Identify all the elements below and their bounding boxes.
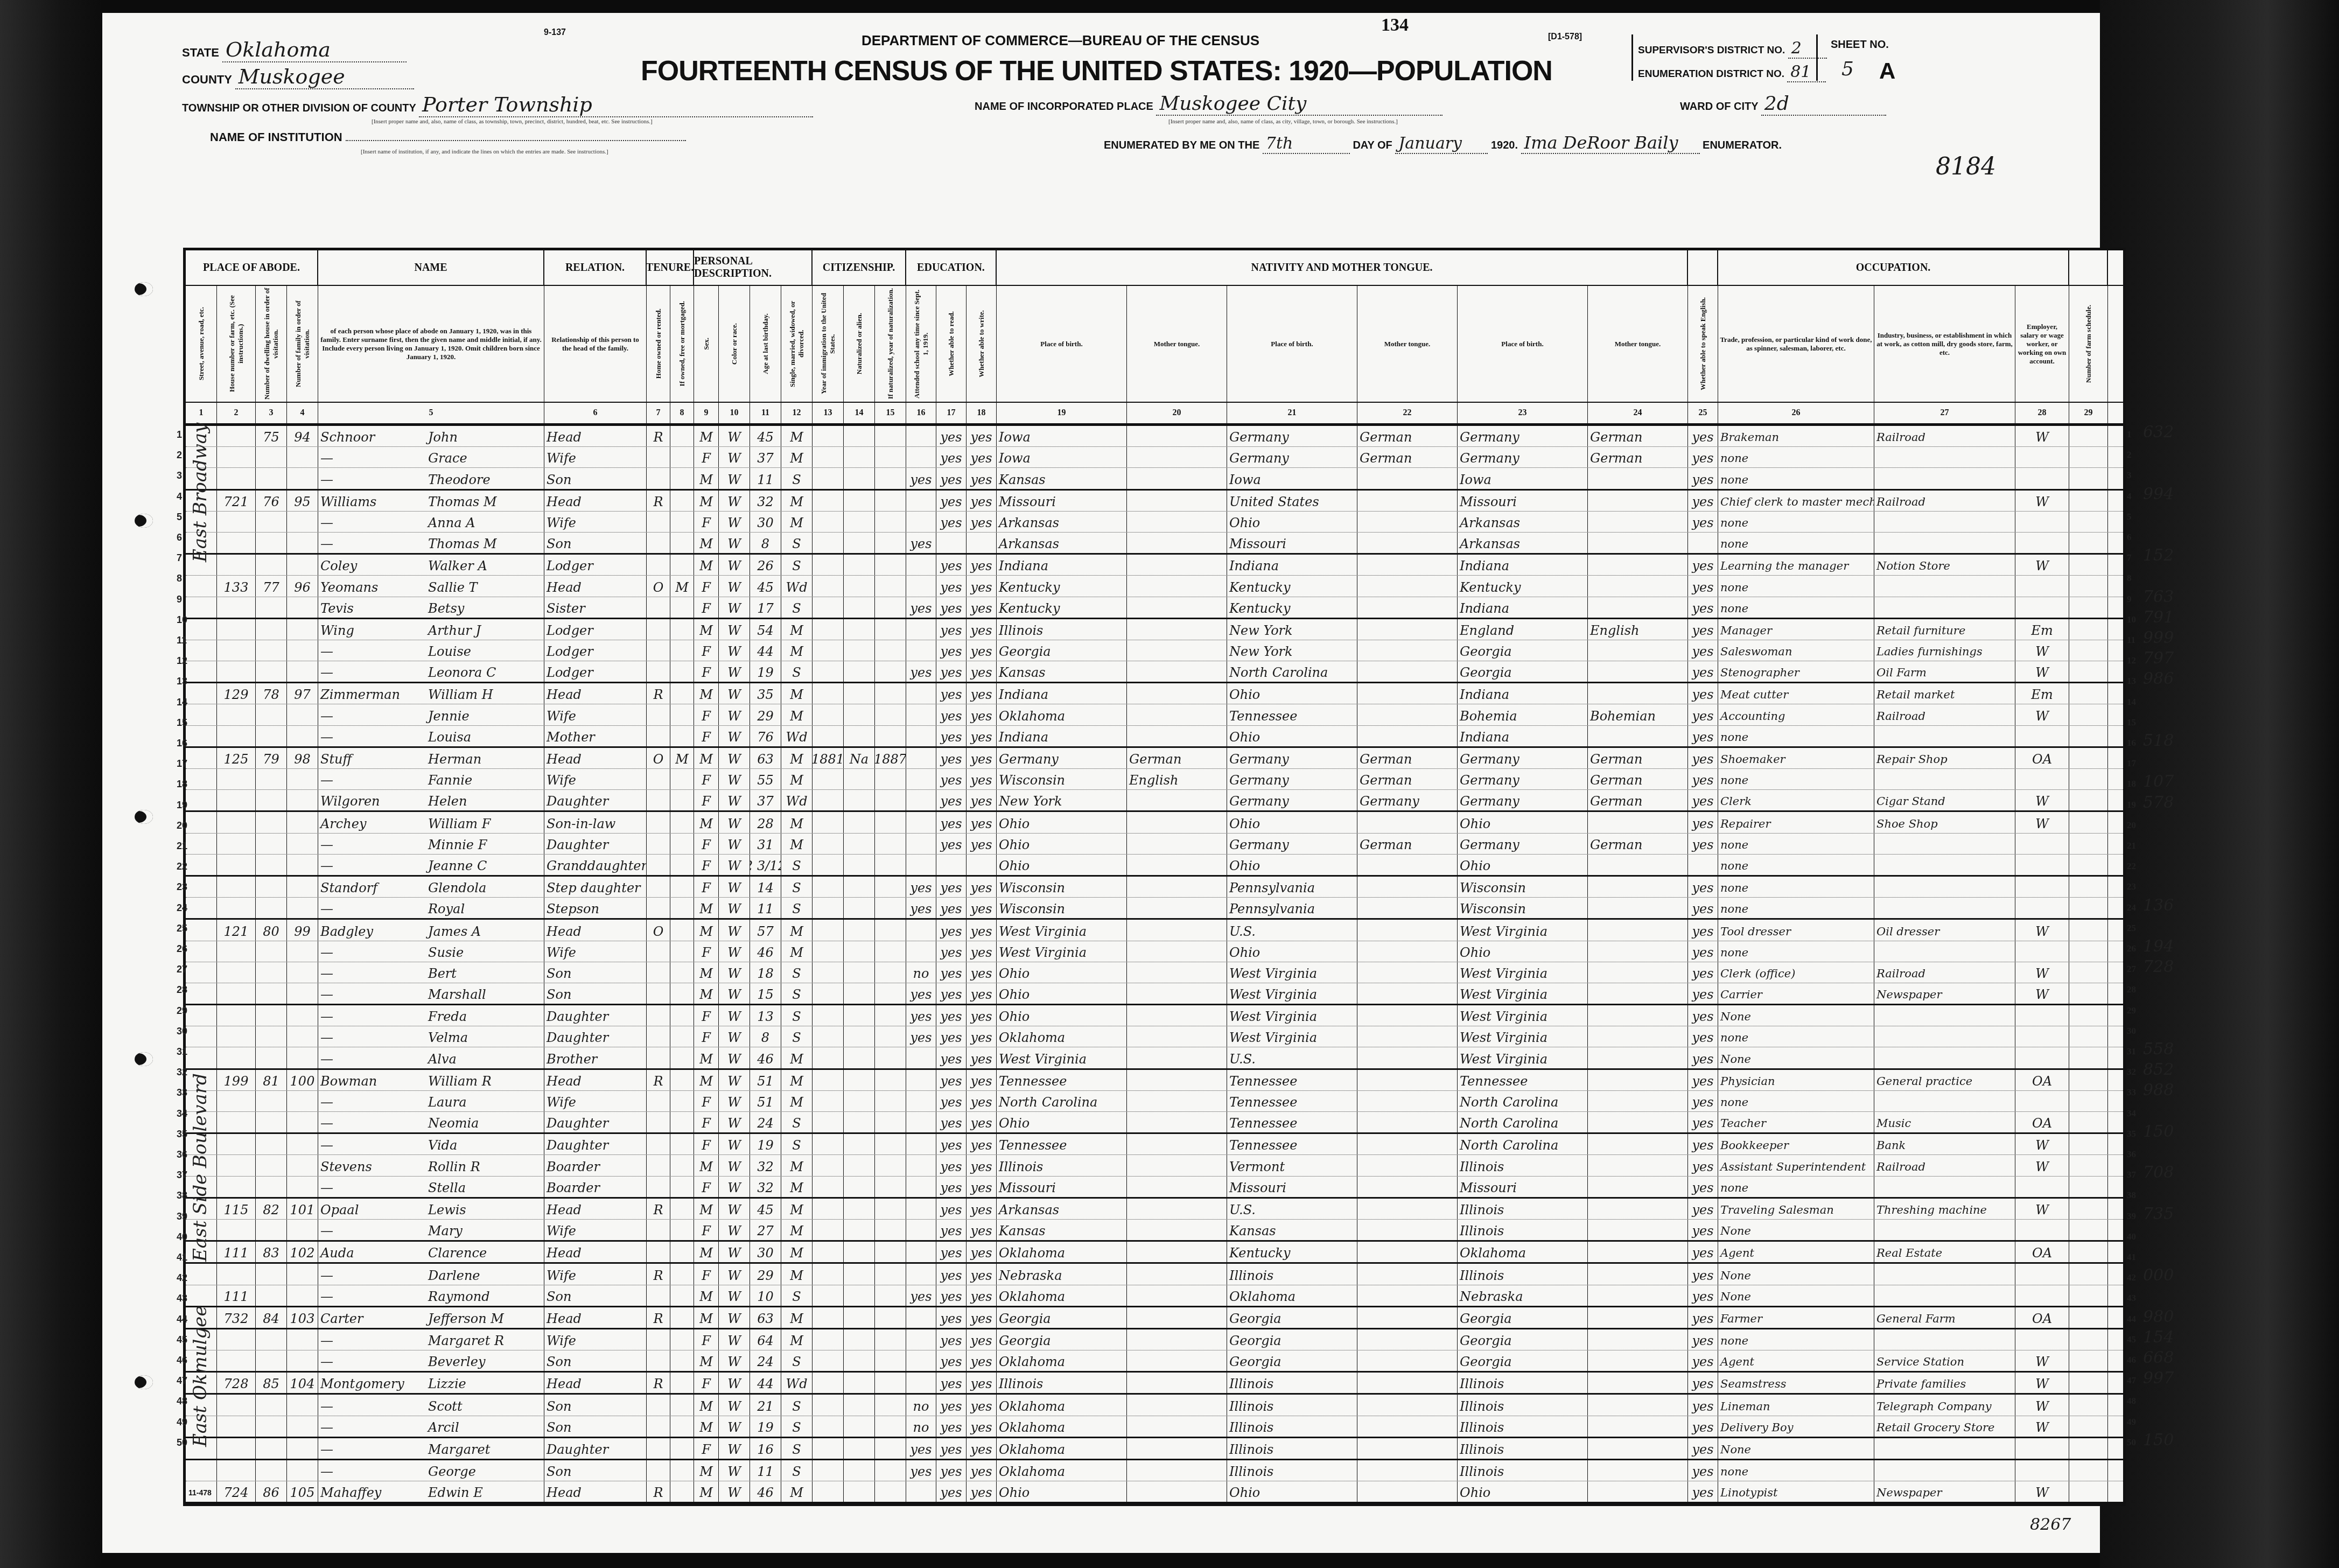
dwelling-cell [256, 1026, 287, 1047]
industry-cell: Oil Farm [1874, 661, 2015, 682]
race-cell: W [719, 1177, 750, 1197]
read-cell: yes [936, 1350, 967, 1371]
write-cell: yes [967, 898, 997, 918]
natz-cell [844, 1155, 875, 1175]
house-cell [217, 1134, 256, 1154]
person-name: —Jeanne C [318, 855, 544, 875]
house-cell: 199 [217, 1070, 256, 1090]
f-birth-cell: North Carolina [1227, 661, 1357, 682]
column-group-name: NAME [318, 250, 544, 285]
f-tongue-cell [1357, 898, 1458, 918]
mortgage-cell [670, 1395, 694, 1415]
industry-cell [1874, 941, 2015, 962]
dwelling-cell: 81 [256, 1070, 287, 1090]
m-tongue-cell [1588, 941, 1688, 962]
line-number-right: 13 [2127, 676, 2136, 687]
surname: Wilgoren [320, 792, 428, 810]
tongue-cell [1127, 683, 1227, 704]
line-number-right: 38 [2127, 1190, 2136, 1201]
tongue-cell [1127, 1481, 1227, 1502]
read-cell: yes [936, 512, 967, 532]
marital-cell: S [781, 1134, 813, 1154]
birth-cell: Oklahoma [997, 1395, 1127, 1415]
column-group-tenure: TENURE. [647, 250, 694, 285]
read-cell: yes [936, 1177, 967, 1197]
column-number: 21 [1227, 403, 1357, 423]
family-cell [287, 1155, 318, 1175]
family-cell [287, 1460, 318, 1481]
immig-cell [813, 1438, 844, 1459]
surname: Yeomans [320, 578, 428, 597]
school-cell [906, 834, 936, 854]
birth-cell: North Carolina [997, 1091, 1127, 1111]
person-name: TevisBetsy [318, 597, 544, 618]
relation-cell: Wife [544, 769, 647, 789]
person-name: MahaffeyEdwin E [318, 1481, 544, 1502]
immig-cell [813, 726, 844, 746]
table-row: TevisBetsySisterFW17SyesyesyesKentuckyKe… [186, 597, 2123, 619]
dwelling-cell [256, 1285, 287, 1306]
column-number: 28 [2015, 403, 2069, 423]
write-cell: yes [967, 704, 997, 725]
sex-cell: F [694, 769, 719, 789]
write-cell: yes [967, 1026, 997, 1047]
class-cell [2015, 533, 2069, 553]
dwelling-cell [256, 597, 287, 618]
m-birth-cell: Germany [1458, 426, 1588, 446]
tongue-cell [1127, 898, 1227, 918]
table-row: —MargaretDaughterFW16SyesyesyesOklahomaI… [186, 1438, 2123, 1460]
surname: Auda [320, 1244, 428, 1262]
trade-cell: Farmer [1718, 1307, 1874, 1328]
sex-cell: F [694, 1329, 719, 1350]
read-cell: yes [936, 726, 967, 746]
family-cell [287, 619, 318, 640]
farm-cell [2069, 533, 2108, 553]
f-tongue-cell: German [1357, 447, 1458, 467]
occupation-code-annotation: 150 [2143, 1122, 2174, 1141]
m-tongue-cell [1588, 1134, 1688, 1154]
occupation-code-annotation: 980 [2143, 1307, 2174, 1326]
line-number-left: 26 [177, 943, 187, 955]
trade-cell: Physician [1718, 1070, 1874, 1090]
race-cell: W [719, 555, 750, 575]
class-cell [2015, 1460, 2069, 1481]
table-row: 11582101OpaalLewisHeadRMW45MyesyesArkans… [186, 1199, 2123, 1220]
school-cell [906, 1373, 936, 1393]
column-header-10: Color or race. [719, 286, 750, 402]
table-row: —Leonora CLodgerFW19SyesyesyesKansasNort… [186, 661, 2123, 683]
person-name: AudaClarence [318, 1242, 544, 1262]
tenure-cell [647, 1460, 670, 1481]
school-cell: yes [906, 533, 936, 553]
read-cell: yes [936, 1199, 967, 1219]
column-header-7: Home owned or rented. [647, 286, 670, 402]
trade-cell: Carrier [1718, 983, 1874, 1004]
m-birth-cell: West Virginia [1458, 962, 1588, 983]
person-name: —Marshall [318, 983, 544, 1004]
f-birth-cell: United States [1227, 491, 1357, 511]
column-header-6: Relationship of this person to the head … [544, 286, 647, 402]
race-cell: W [719, 1395, 750, 1415]
trade-cell: none [1718, 533, 1874, 553]
race-cell: W [719, 1155, 750, 1175]
street-cell [186, 1047, 217, 1068]
marital-cell: M [781, 941, 813, 962]
line-number-right: 43 [2127, 1293, 2136, 1304]
trade-cell: none [1718, 1026, 1874, 1047]
f-birth-cell: Tennessee [1227, 704, 1357, 725]
census-table: PLACE OF ABODE.NAMERELATION.TENURE.PERSO… [183, 248, 2126, 1506]
read-cell [936, 855, 967, 875]
natz-cell [844, 941, 875, 962]
natz-year-cell [875, 941, 906, 962]
sex-cell: F [694, 1026, 719, 1047]
m-birth-cell: North Carolina [1458, 1112, 1588, 1132]
surname: — [320, 943, 428, 962]
age-cell: 55 [750, 769, 781, 789]
person-name: —Margaret R [318, 1329, 544, 1350]
line-number-right: 49 [2127, 1417, 2136, 1427]
institution-value [346, 140, 686, 141]
street-cell [186, 619, 217, 640]
school-cell [906, 812, 936, 832]
f-birth-cell: Illinois [1227, 1373, 1357, 1393]
column-header-8: If owned, free or mortgaged. [670, 286, 694, 402]
mortgage-cell [670, 1005, 694, 1026]
house-cell [217, 533, 256, 553]
column-number: 18 [967, 403, 997, 423]
street-cell [186, 1460, 217, 1481]
family-cell [287, 877, 318, 897]
natz-cell [844, 533, 875, 553]
mortgage-cell [670, 640, 694, 661]
industry-cell [1874, 447, 2015, 467]
line-number-left: 30 [177, 1026, 187, 1037]
line-number-left: 3 [177, 470, 182, 481]
trade-cell: none [1718, 877, 1874, 897]
natz-cell [844, 1199, 875, 1219]
school-cell [906, 555, 936, 575]
person-name: BadgleyJames A [318, 920, 544, 940]
street-cell [186, 962, 217, 983]
column-number: 2 [217, 403, 256, 423]
m-tongue-cell [1588, 1373, 1688, 1393]
incorporated-place-value: Muskogee City [1156, 93, 1442, 116]
industry-cell [1874, 1329, 2015, 1350]
tongue-cell [1127, 834, 1227, 854]
person-name: —Neomia [318, 1112, 544, 1132]
m-birth-cell: Illinois [1458, 1438, 1588, 1459]
family-cell [287, 1329, 318, 1350]
read-cell: yes [936, 491, 967, 511]
age-cell: 2 3/12 [750, 855, 781, 875]
street-cell [186, 683, 217, 704]
farm-cell [2069, 512, 2108, 532]
mortgage-cell [670, 1307, 694, 1328]
tenure-cell: R [647, 426, 670, 446]
relation-cell: Son [544, 962, 647, 983]
given-name: Thomas M [428, 493, 497, 511]
person-name: —Thomas M [318, 533, 544, 553]
m-birth-cell: Georgia [1458, 661, 1588, 682]
m-tongue-cell [1588, 898, 1688, 918]
m-tongue-cell [1588, 1460, 1688, 1481]
industry-cell: Private families [1874, 1373, 2015, 1393]
column-header-24: Mother tongue. [1588, 286, 1688, 402]
sex-cell: M [694, 619, 719, 640]
line-number-left: 6 [177, 532, 182, 543]
m-tongue-cell [1588, 533, 1688, 553]
natz-year-cell [875, 1481, 906, 1502]
line-number-right: 15 [2127, 717, 2136, 728]
line-number-left: 31 [177, 1046, 187, 1058]
english-cell: yes [1688, 877, 1718, 897]
read-cell: yes [936, 920, 967, 940]
f-birth-cell: West Virginia [1227, 1005, 1357, 1026]
given-name: Arcil [428, 1418, 459, 1437]
school-cell: yes [906, 661, 936, 682]
marital-cell: Wd [781, 790, 813, 810]
line-number-right: 23 [2127, 881, 2136, 892]
marital-cell: M [781, 1242, 813, 1262]
english-cell: yes [1688, 426, 1718, 446]
sex-cell: M [694, 1285, 719, 1306]
marital-cell: M [781, 683, 813, 704]
trade-cell: Shoemaker [1718, 748, 1874, 768]
occupation-code-annotation: 763 [2143, 587, 2174, 606]
street-cell [186, 898, 217, 918]
occupation-code-annotation: 578 [2143, 793, 2174, 812]
f-birth-cell: Germany [1227, 426, 1357, 446]
m-tongue-cell [1588, 1220, 1688, 1240]
read-cell: yes [936, 1307, 967, 1328]
natz-cell [844, 726, 875, 746]
birth-cell: Ohio [997, 983, 1127, 1004]
race-cell: W [719, 748, 750, 768]
incorporated-place-field: NAME OF INCORPORATED PLACE Muskogee City [975, 93, 1442, 116]
natz-year-cell [875, 1264, 906, 1284]
write-cell: yes [967, 1285, 997, 1306]
read-cell: yes [936, 555, 967, 575]
immig-cell [813, 683, 844, 704]
write-cell: yes [967, 1199, 997, 1219]
race-cell: W [719, 576, 750, 596]
surname: — [320, 1397, 428, 1416]
column-group-blank [1688, 250, 1718, 285]
english-cell: yes [1688, 1285, 1718, 1306]
read-cell: yes [936, 962, 967, 983]
read-cell: yes [936, 1395, 967, 1415]
line-number-right: 28 [2127, 984, 2136, 995]
race-cell: W [719, 1350, 750, 1371]
dwelling-cell: 84 [256, 1307, 287, 1328]
write-cell: yes [967, 812, 997, 832]
read-cell: yes [936, 576, 967, 596]
tongue-cell [1127, 1220, 1227, 1240]
m-birth-cell: Wisconsin [1458, 898, 1588, 918]
relation-cell: Brother [544, 1047, 647, 1068]
f-birth-cell: Kentucky [1227, 576, 1357, 596]
occupation-code-annotation: 150 [2143, 1431, 2174, 1450]
sex-cell: M [694, 1199, 719, 1219]
sex-cell: F [694, 1134, 719, 1154]
person-name: —Minnie F [318, 834, 544, 854]
farm-cell [2069, 1481, 2108, 1502]
industry-cell: Retail Grocery Store [1874, 1416, 2015, 1437]
m-birth-cell: Illinois [1458, 1264, 1588, 1284]
write-cell: yes [967, 447, 997, 467]
school-cell: yes [906, 898, 936, 918]
mortgage-cell [670, 769, 694, 789]
school-cell: no [906, 962, 936, 983]
m-tongue-cell [1588, 983, 1688, 1004]
sex-cell: F [694, 447, 719, 467]
read-cell: yes [936, 941, 967, 962]
farm-cell [2069, 1416, 2108, 1437]
immig-cell [813, 898, 844, 918]
m-birth-cell: West Virginia [1458, 920, 1588, 940]
sex-cell: M [694, 426, 719, 446]
farm-cell [2069, 1438, 2108, 1459]
marital-cell: M [781, 1329, 813, 1350]
tenure-cell: R [647, 1070, 670, 1090]
column-group-place-of-abode: PLACE OF ABODE. [186, 250, 318, 285]
person-name: BowmanWilliam R [318, 1070, 544, 1090]
marital-cell: Wd [781, 1373, 813, 1393]
tongue-cell [1127, 877, 1227, 897]
line-number-left: 12 [177, 655, 187, 667]
tongue-cell [1127, 812, 1227, 832]
industry-cell: General practice [1874, 1070, 2015, 1090]
table-row: ColeyWalker ALodgerMW26SyesyesIndianaInd… [186, 555, 2123, 576]
house-cell [217, 1438, 256, 1459]
dwelling-cell [256, 555, 287, 575]
natz-year-cell [875, 726, 906, 746]
birth-cell: Nebraska [997, 1264, 1127, 1284]
line-number-right: 24 [2127, 902, 2136, 913]
age-cell: 64 [750, 1329, 781, 1350]
m-birth-cell: Kentucky [1458, 576, 1588, 596]
family-cell: 105 [287, 1481, 318, 1502]
english-cell: yes [1688, 748, 1718, 768]
surname: — [320, 1028, 428, 1047]
family-cell: 96 [287, 576, 318, 596]
column-number: 13 [813, 403, 844, 423]
natz-year-cell [875, 1285, 906, 1306]
line-number-left: 37 [177, 1170, 187, 1181]
house-cell [217, 512, 256, 532]
english-cell: yes [1688, 619, 1718, 640]
natz-year-cell [875, 962, 906, 983]
line-number-left: 13 [177, 676, 187, 687]
m-birth-cell: Nebraska [1458, 1285, 1588, 1306]
age-cell: 19 [750, 1416, 781, 1437]
person-name: WilliamsThomas M [318, 491, 544, 511]
column-header-4: Number of family in order of visitation. [287, 286, 318, 402]
marital-cell: M [781, 1091, 813, 1111]
relation-cell: Wife [544, 1264, 647, 1284]
line-number-left: 47 [177, 1375, 187, 1387]
column-header-22: Mother tongue. [1357, 286, 1458, 402]
write-cell: yes [967, 1373, 997, 1393]
mortgage-cell [670, 619, 694, 640]
sex-cell: F [694, 576, 719, 596]
english-cell: yes [1688, 1329, 1718, 1350]
trade-cell: Agent [1718, 1350, 1874, 1371]
m-birth-cell: Missouri [1458, 1177, 1588, 1197]
house-cell: 133 [217, 576, 256, 596]
m-tongue-cell [1588, 920, 1688, 940]
dwelling-cell [256, 1005, 287, 1026]
marital-cell: M [781, 1047, 813, 1068]
natz-year-cell [875, 1242, 906, 1262]
person-name: StevensRollin R [318, 1155, 544, 1175]
punch-hole [135, 514, 153, 528]
race-cell: W [719, 1070, 750, 1090]
given-name: Margaret [428, 1440, 490, 1459]
family-cell [287, 1416, 318, 1437]
mortgage-cell [670, 1134, 694, 1154]
surname: — [320, 1114, 428, 1132]
m-tongue-cell [1588, 1112, 1688, 1132]
column-number: 23 [1458, 403, 1588, 423]
immig-cell [813, 1350, 844, 1371]
age-cell: 57 [750, 920, 781, 940]
immig-cell [813, 1481, 844, 1502]
english-cell: yes [1688, 920, 1718, 940]
tongue-cell [1127, 1350, 1227, 1371]
surname: — [320, 1462, 428, 1481]
house-cell: 111 [217, 1242, 256, 1262]
industry-cell: General Farm [1874, 1307, 2015, 1328]
m-birth-cell: Germany [1458, 834, 1588, 854]
m-tongue-cell: German [1588, 426, 1688, 446]
house-cell [217, 1220, 256, 1240]
line-number-left: 4 [177, 491, 182, 502]
birth-cell: Oklahoma [997, 1285, 1127, 1306]
marital-cell: Wd [781, 726, 813, 746]
write-cell: yes [967, 1329, 997, 1350]
natz-year-cell [875, 1005, 906, 1026]
dwelling-cell [256, 1460, 287, 1481]
f-tongue-cell [1357, 1416, 1458, 1437]
race-cell: W [719, 1220, 750, 1240]
read-cell: yes [936, 661, 967, 682]
tongue-cell [1127, 790, 1227, 810]
m-tongue-cell: English [1588, 619, 1688, 640]
street-cell [186, 834, 217, 854]
trade-cell: None [1718, 1047, 1874, 1068]
dwelling-cell: 80 [256, 920, 287, 940]
natz-cell [844, 426, 875, 446]
industry-cell [1874, 769, 2015, 789]
farm-cell [2069, 983, 2108, 1004]
class-cell [2015, 1438, 2069, 1459]
farm-cell [2069, 447, 2108, 467]
m-tongue-cell [1588, 1307, 1688, 1328]
person-name: ZimmermanWilliam H [318, 683, 544, 704]
marital-cell: M [781, 1264, 813, 1284]
race-cell: W [719, 962, 750, 983]
birth-cell: Oklahoma [997, 1438, 1127, 1459]
given-name: Walker A [428, 557, 487, 575]
sex-cell: F [694, 1373, 719, 1393]
f-tongue-cell [1357, 640, 1458, 661]
class-cell [2015, 834, 2069, 854]
f-birth-cell: Germany [1227, 447, 1357, 467]
english-cell: yes [1688, 941, 1718, 962]
